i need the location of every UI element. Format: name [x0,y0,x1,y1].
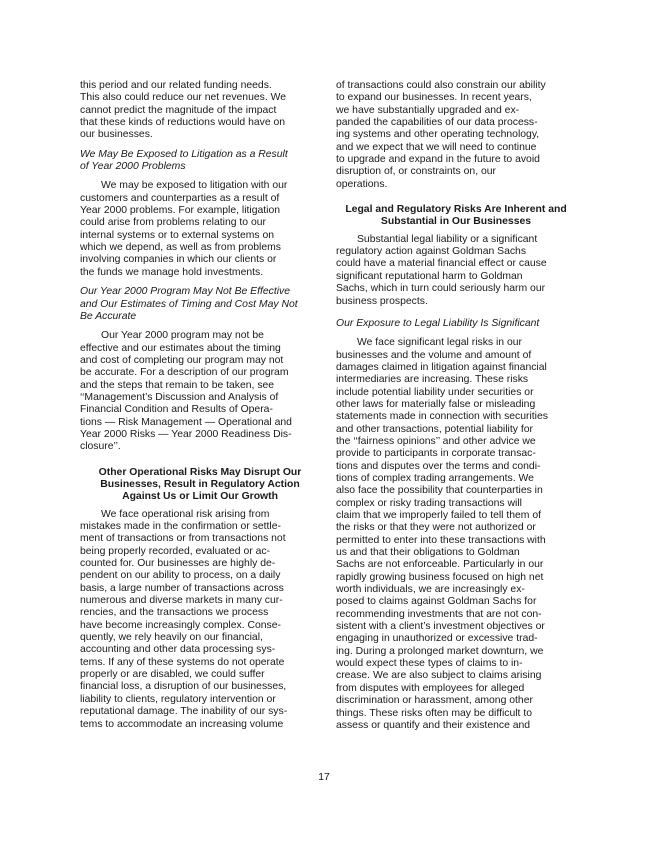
text-line: could arise from problems relating to ou… [80,217,320,229]
text-line: tions and disputes over the terms and co… [336,461,576,473]
text-line: provide to participants in corporate tra… [336,448,576,460]
text-line: damages claimed in litigation against fi… [336,362,576,374]
text-line: Our Year 2000 Program May Not Be Effecti… [80,286,320,298]
text-line: other laws for materially false or misle… [336,399,576,411]
text-line: Our Exposure to Legal Liability Is Signi… [336,318,576,330]
text-line: intermediaries are increasing. These ris… [336,374,576,386]
paragraph-litigation: We may be exposed to litigation with our… [80,180,320,279]
text-line: liability to clients, regulatory interve… [80,694,320,706]
text-line: disruption of, or constraints on, our [336,166,576,178]
text-line: to expand our businesses. In recent year… [336,92,576,104]
text-line: involving companies in which our clients… [80,254,320,266]
text-line: This also could reduce our net revenues.… [80,92,320,104]
text-line: We face operational risk arising from [80,509,320,521]
text-line: that these kinds of reductions would hav… [80,117,320,129]
text-line: Sachs are not enforceable. Particularly … [336,559,576,571]
text-line: Legal and Regulatory Risks Are Inherent … [336,204,576,216]
paragraph-funding-continued: this period and our related funding need… [80,80,320,142]
text-line: cannot predict the magnitude of the impa… [80,105,320,117]
text-line: would expect these types of claims to in… [336,658,576,670]
paragraph-year-2000-program: Our Year 2000 program may not beeffectiv… [80,330,320,453]
subheading-year-2000-program: Our Year 2000 Program May Not Be Effecti… [80,286,320,323]
text-line: include potential liability under securi… [336,387,576,399]
text-line: tems. If any of these systems do not ope… [80,657,320,669]
text-line: ing. During a prolonged market downturn,… [336,646,576,658]
text-line: closure’’. [80,441,320,453]
heading-operational-risks: Other Operational Risks May Disrupt OurB… [80,467,320,504]
text-line: and cost of completing our program may n… [80,355,320,367]
paragraph-operational-risks: We face operational risk arising frommis… [80,509,320,731]
text-line: Other Operational Risks May Disrupt Our [80,467,320,479]
text-line: regulatory action against Goldman Sachs [336,246,576,258]
text-line: businesses and the volume and amount of [336,350,576,362]
text-line: Our Year 2000 program may not be [80,330,320,342]
text-line: Year 2000 Risks — Year 2000 Readiness Di… [80,429,320,441]
text-line: to upgrade and expand in the future to a… [336,154,576,166]
text-line: engaging in unauthorized or excessive tr… [336,633,576,645]
text-line: mistakes made in the confirmation or set… [80,521,320,533]
text-line: things. These risks often may be difficu… [336,708,576,720]
text-line: Substantial in Our Businesses [336,216,576,228]
subheading-litigation-year-2000: We May Be Exposed to Litigation as a Res… [80,149,320,174]
text-line: and we expect that we will need to conti… [336,142,576,154]
text-line: ment of transactions or from transaction… [80,533,320,545]
text-line: the funds we manage hold investments. [80,267,320,279]
text-line: could have a material financial effect o… [336,258,576,270]
text-line: Year 2000 problems. For example, litigat… [80,205,320,217]
right-column: of transactions could also constrain our… [336,80,576,739]
text-line: internal systems or to external systems … [80,230,320,242]
text-line: business prospects. [336,296,576,308]
text-line: accounting and other data processing sys… [80,644,320,656]
text-line: tems to accommodate an increasing volume [80,719,320,731]
text-line: properly or are disabled, we could suffe… [80,669,320,681]
text-line: pendent on our ability to process, on a … [80,570,320,582]
text-line: panded the capabilities of our data proc… [336,117,576,129]
text-line: and the steps that remain to be taken, s… [80,380,320,392]
text-line: complex or risky trading transactions wi… [336,498,576,510]
text-line: be accurate. For a description of our pr… [80,367,320,379]
text-line: numerous and diverse markets in many cur… [80,595,320,607]
text-line: posed to claims against Goldman Sachs fo… [336,596,576,608]
text-line: Businesses, Result in Regulatory Action [80,479,320,491]
text-line: reputational damage. The inability of ou… [80,706,320,718]
text-line: We may be exposed to litigation with our [80,180,320,192]
text-line: ing systems and other operating technolo… [336,129,576,141]
text-line: being properly recorded, evaluated or ac… [80,546,320,558]
text-line: claim that we improperly failed to tell … [336,510,576,522]
text-line: rapidly growing business focused on high… [336,572,576,584]
text-line: Be Accurate [80,311,320,323]
text-line: we have substantially upgraded and ex- [336,105,576,117]
text-line: operations. [336,179,576,191]
text-line: of Year 2000 Problems [80,161,320,173]
paragraph-operational-continued: of transactions could also constrain our… [336,80,576,191]
text-line: permitted to enter into these transactio… [336,535,576,547]
page-number: 17 [0,772,648,783]
text-line: basis, a large number of transactions ac… [80,583,320,595]
text-line: customers and counterparties as a result… [80,193,320,205]
text-line: sistent with a client’s investment objec… [336,621,576,633]
text-line: and other transactions, potential liabil… [336,424,576,436]
text-line: assess or quantify and their existence a… [336,720,576,732]
text-line: discrimination or harassment, among othe… [336,695,576,707]
subheading-legal-exposure: Our Exposure to Legal Liability Is Signi… [336,318,576,330]
text-line: We face significant legal risks in our [336,337,576,349]
text-line: We May Be Exposed to Litigation as a Res… [80,149,320,161]
text-line: Substantial legal liability or a signifi… [336,234,576,246]
text-line: quently, we rely heavily on our financia… [80,632,320,644]
text-line: from disputes with employees for alleged [336,683,576,695]
text-line: have become increasingly complex. Conse- [80,620,320,632]
paragraph-legal-exposure: We face significant legal risks in ourbu… [336,337,576,732]
text-line: ‘‘Management’s Discussion and Analysis o… [80,392,320,404]
paragraph-legal-liability: Substantial legal liability or a signifi… [336,234,576,308]
text-line: Financial Condition and Results of Opera… [80,404,320,416]
text-line: recommending investments that are not co… [336,609,576,621]
text-line: significant reputational harm to Goldman [336,271,576,283]
text-line: worth individuals, we are increasingly e… [336,584,576,596]
text-line: Sachs, which in turn could seriously har… [336,283,576,295]
text-line: statements made in connection with secur… [336,411,576,423]
text-line: tions — Risk Management — Operational an… [80,417,320,429]
text-line: this period and our related funding need… [80,80,320,92]
text-line: which we depend, as well as from problem… [80,242,320,254]
text-line: the risks or that they were not authoriz… [336,522,576,534]
heading-legal-regulatory-risks: Legal and Regulatory Risks Are Inherent … [336,204,576,229]
text-line: counted for. Our businesses are highly d… [80,558,320,570]
text-line: also face the possibility that counterpa… [336,485,576,497]
text-line: effective and our estimates about the ti… [80,343,320,355]
text-line: rencies, and the transactions we process [80,607,320,619]
text-line: financial loss, a disruption of our busi… [80,681,320,693]
text-line: Against Us or Limit Our Growth [80,491,320,503]
text-line: our businesses. [80,129,320,141]
text-line: of transactions could also constrain our… [336,80,576,92]
text-line: crease. We are also subject to claims ar… [336,670,576,682]
text-line: and Our Estimates of Timing and Cost May… [80,299,320,311]
text-line: us and that their obligations to Goldman [336,547,576,559]
text-line: the ‘‘fairness opinions’’ and other advi… [336,436,576,448]
left-column: this period and our related funding need… [80,80,320,738]
text-line: tions of complex trading arrangements. W… [336,473,576,485]
